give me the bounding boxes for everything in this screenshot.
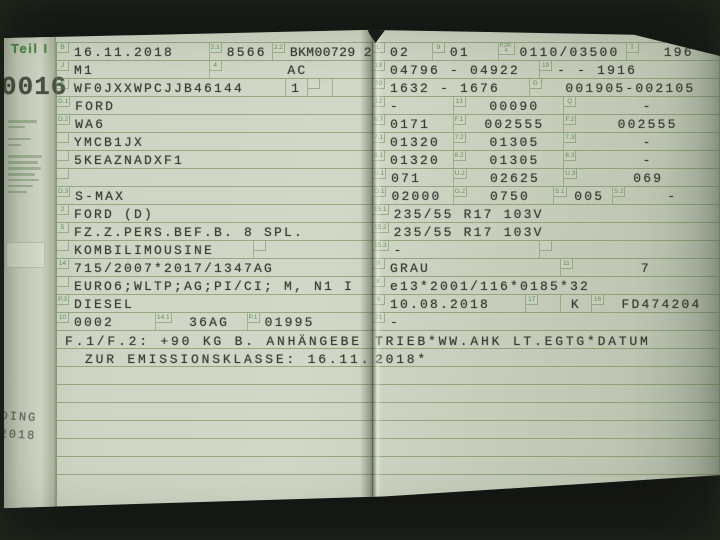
field-row: 21- — [373, 312, 719, 330]
field-code: 8.1 — [373, 151, 385, 161]
field-code: 4 — [210, 61, 222, 71]
field-cell: 14715/2007*2017/1347AG — [57, 259, 373, 276]
field-value: 1 — [286, 79, 307, 96]
field-value — [320, 79, 325, 96]
field-cell: 7.101320 — [373, 133, 453, 150]
blank-stamp-box — [6, 242, 45, 268]
field-cell: 14.136AG — [155, 313, 247, 330]
field-row: 15.1235/55 R17 103V — [373, 204, 719, 222]
field-code: 20 — [373, 79, 385, 89]
field-row: 2FORD (D) — [57, 204, 373, 222]
field-code: O.1 — [373, 187, 386, 197]
field-value: 005 — [567, 187, 612, 204]
field-code: 8.3 — [564, 151, 576, 161]
field-code: U.1 — [373, 169, 386, 179]
field-code: F.1 — [454, 115, 466, 125]
field-value — [333, 79, 338, 96]
field-value: 002555 — [576, 115, 719, 132]
field-cell — [253, 241, 373, 258]
field-code: P.1 — [248, 313, 260, 323]
field-value: 8566 — [222, 43, 267, 60]
field-value: M1 — [69, 61, 94, 78]
note-row: TRIEB*WW.AHK LT.EGTG*DATUM — [373, 330, 719, 348]
field-cell: 8.101320 — [373, 151, 453, 168]
ruled-line — [57, 420, 373, 438]
field-code: S.1 — [554, 187, 567, 197]
field-cell: 5FZ.Z.PERS.BEF.B. 8 SPL. — [57, 223, 373, 240]
field-cell: U.3069 — [563, 169, 719, 186]
field-row: 5FZ.Z.PERS.BEF.B. 8 SPL. — [57, 222, 373, 240]
corner-print-line: DING — [0, 407, 38, 427]
field-value: e13*2001/116*0185*32 — [385, 277, 590, 294]
ruled-line — [373, 402, 719, 420]
field-cell: K — [560, 295, 591, 312]
field-code: 15.2 — [373, 223, 389, 233]
field-cell: RGRAU — [373, 259, 560, 276]
field-value: 04796 - 04922 — [385, 61, 520, 78]
field-code: 7.1 — [373, 133, 385, 143]
field-row — [57, 168, 373, 186]
field-row: L02901P.2/P.40110/03500T196 — [373, 42, 719, 60]
field-value: 235/55 R17 103V — [389, 205, 544, 222]
field-cell: G001905-002105 — [529, 79, 719, 96]
field-cell: 16FD474204 — [591, 295, 719, 312]
field-code: Q — [564, 97, 576, 107]
note-line: 2018* — [373, 349, 428, 366]
left-page: B16.11.20182.185662.2BKM00729 2JM14ACEWF… — [56, 42, 373, 510]
field-value: GRAU — [385, 259, 430, 276]
field-cell: F.1002555 — [453, 115, 564, 132]
field-cell: 15.1235/55 R17 103V — [373, 205, 719, 222]
field-row: RGRAU117 — [373, 258, 719, 276]
field-value: 01320 — [385, 133, 440, 150]
ruled-line — [373, 438, 719, 456]
field-cell: 610.08.2018 — [373, 295, 525, 312]
field-value: FORD — [70, 97, 115, 114]
field-code: 11 — [561, 259, 573, 269]
field-row: EWF0JXXWPCJJB461441 — [57, 78, 373, 96]
field-code: 19 — [540, 61, 552, 71]
field-cell: O.20750 — [453, 187, 553, 204]
field-row: B16.11.20182.185662.2BKM00729 2 — [57, 42, 373, 60]
ruled-line — [57, 384, 373, 402]
field-value: K — [561, 295, 591, 312]
ruled-line — [373, 366, 719, 384]
field-value: EURO6;WLTP;AG;PI/CI; M, N1 I — [69, 277, 354, 294]
field-cell: 7.201305 — [453, 133, 564, 150]
field-code: U.2 — [454, 169, 467, 179]
field-cell: 19- - 1916 — [539, 61, 719, 78]
field-value — [266, 241, 271, 258]
field-code: 7.2 — [454, 133, 466, 143]
field-row: 15.2235/55 R17 103V — [373, 222, 719, 240]
field-code: T — [627, 43, 639, 53]
field-cell: T196 — [626, 43, 719, 60]
field-code: 14 — [57, 259, 69, 269]
field-value: S-MAX — [70, 187, 125, 204]
field-value: 7 — [573, 259, 719, 276]
field-code: 2.1 — [210, 43, 222, 53]
fold-top-notch — [362, 26, 388, 43]
field-row: 1804796 - 0492219- - 1916 — [373, 60, 719, 78]
field-value — [552, 241, 557, 258]
field-cell: 1300090 — [453, 97, 564, 114]
field-row: 5KEAZNADXF1 — [57, 150, 373, 168]
field-cell: YMCB1JX — [57, 133, 373, 150]
note-line: ZUR EMISSIONSKLASSE: 16.11. — [57, 349, 371, 366]
field-cell: 201632 - 1676 — [373, 79, 529, 96]
field-cell — [332, 79, 373, 96]
field-code: V.7 — [373, 115, 385, 125]
field-code — [57, 151, 69, 161]
ruled-line — [57, 402, 373, 420]
ruled-line — [57, 366, 373, 384]
field-row: P.3DIESEL — [57, 294, 373, 312]
field-value: - — [576, 97, 719, 114]
field-value: FD474204 — [604, 295, 719, 312]
field-cell: 4AC — [209, 61, 373, 78]
field-code: 5 — [57, 223, 69, 233]
field-row: D.2WA6 — [57, 114, 373, 132]
field-value: - - 1916 — [552, 61, 637, 78]
field-code: P.3 — [57, 295, 69, 305]
field-value: FORD (D) — [69, 205, 154, 222]
field-code: 8.2 — [454, 151, 466, 161]
ruled-line — [57, 474, 373, 492]
field-cell: 17 — [525, 295, 560, 312]
field-value: 02 — [385, 43, 410, 60]
field-value: 01305 — [466, 151, 564, 168]
field-cell: 8.3- — [563, 151, 719, 168]
field-code: F.2 — [564, 115, 576, 125]
field-value: 36AG — [172, 313, 247, 330]
field-value: 02000 — [386, 187, 441, 204]
field-value: 01 — [445, 43, 470, 60]
field-cell: 1804796 - 04922 — [373, 61, 539, 78]
field-value: 069 — [577, 169, 719, 186]
field-cell: P.2/P.40110/03500 — [498, 43, 626, 60]
field-value: KOMBILIMOUSINE — [69, 241, 214, 258]
field-code: 2.2 — [273, 43, 285, 53]
field-cell: 15.3- — [373, 241, 539, 258]
field-cell: Q- — [563, 97, 719, 114]
illegible-microtext — [8, 120, 50, 197]
corner-print-line: 2018 — [0, 425, 37, 445]
right-page: L02901P.2/P.40110/03500T1961804796 - 049… — [372, 42, 720, 510]
field-value: 0110/03500 — [515, 43, 620, 60]
field-code: S.2 — [613, 187, 626, 197]
field-value: AC — [222, 61, 373, 78]
field-value: WA6 — [70, 115, 105, 132]
field-code: 9 — [433, 43, 445, 53]
field-code: D.3 — [57, 187, 70, 197]
field-code: E — [57, 79, 69, 89]
field-code: P.2/P.4 — [499, 43, 515, 55]
field-row: 14715/2007*2017/1347AG — [57, 258, 373, 276]
note-line: F.1/F.2: +90 KG B. ANHÄNGEBE — [57, 331, 362, 348]
field-cell: U.202625 — [453, 169, 564, 186]
field-code: O.2 — [454, 187, 467, 197]
field-value: 002555 — [466, 115, 564, 132]
field-value: FZ.Z.PERS.BEF.B. 8 SPL. — [69, 223, 304, 240]
field-cell: 8.201305 — [453, 151, 564, 168]
field-cell: S.2- — [612, 187, 719, 204]
field-value: - — [625, 187, 719, 204]
field-code: 7.3 — [564, 133, 576, 143]
field-value: - — [576, 133, 719, 150]
field-value: 0002 — [69, 313, 114, 330]
field-cell: 2FORD (D) — [57, 205, 373, 222]
photo-background: Teil I 0016 DING 2018 B16.11.20182.18566… — [0, 0, 720, 540]
field-value: - — [389, 241, 404, 258]
field-code: 18 — [373, 61, 385, 71]
field-cell — [57, 169, 373, 186]
field-row: O.102000O.20750S.1005S.2- — [373, 186, 719, 204]
field-cell: EWF0JXXWPCJJB46144 — [57, 79, 285, 96]
field-code — [308, 79, 320, 89]
field-code: G — [530, 79, 542, 89]
field-cell: V.70171 — [373, 115, 453, 132]
field-cell: 901 — [432, 43, 498, 60]
field-value: 00090 — [466, 97, 564, 114]
field-cell: L02 — [373, 43, 432, 60]
field-code: 13 — [454, 97, 466, 107]
field-value: 001905-002105 — [542, 79, 719, 96]
field-code: 10 — [57, 313, 69, 323]
field-row: D.1FORD — [57, 96, 373, 114]
field-code: B — [57, 43, 69, 53]
field-code: 12 — [373, 97, 385, 107]
field-row: 201632 - 1676G001905-002105 — [373, 78, 719, 96]
field-value: 235/55 R17 103V — [389, 223, 544, 240]
field-cell: 15.2235/55 R17 103V — [373, 223, 719, 240]
field-cell: P.3DIESEL — [57, 295, 373, 312]
ruled-line — [373, 420, 719, 438]
field-value: 01320 — [385, 151, 440, 168]
field-value: 5KEAZNADXF1 — [69, 151, 184, 168]
field-code — [254, 241, 266, 251]
field-code: 16 — [592, 295, 604, 305]
field-value — [69, 169, 74, 186]
field-value: 071 — [386, 169, 421, 186]
field-code: 14.1 — [156, 313, 172, 323]
field-cell: 1 — [285, 79, 307, 96]
field-value: WF0JXXWPCJJB46144 — [69, 79, 244, 96]
field-code — [57, 277, 69, 287]
field-row: EURO6;WLTP;AG;PI/CI; M, N1 I — [57, 276, 373, 294]
field-value: 0171 — [385, 115, 430, 132]
field-cell: EURO6;WLTP;AG;PI/CI; M, N1 I — [57, 277, 373, 294]
field-value: - — [385, 97, 400, 114]
field-code: 17 — [526, 295, 538, 305]
field-cell: 2.2BKM00729 2 — [272, 43, 373, 60]
field-cell: 12- — [373, 97, 453, 114]
field-code: D.1 — [57, 97, 70, 107]
note-row: ZUR EMISSIONSKLASSE: 16.11. — [57, 348, 373, 366]
field-row: 7.1013207.2013057.3- — [373, 132, 719, 150]
field-value: 01305 — [466, 133, 564, 150]
field-value: 1632 - 1676 — [385, 79, 500, 96]
field-cell: F.2002555 — [563, 115, 719, 132]
field-row: 8.1013208.2013058.3- — [373, 150, 719, 168]
field-code: R — [373, 259, 385, 269]
field-row: YMCB1JX — [57, 132, 373, 150]
field-code: J — [57, 61, 69, 71]
field-value: 0750 — [467, 187, 553, 204]
folded-edge-strip: Teil I 0016 DING 2018 — [4, 26, 56, 510]
field-row: KOMBILIMOUSINE — [57, 240, 373, 258]
field-cell: P.101995 — [247, 313, 373, 330]
field-cell: D.3S-MAX — [57, 187, 373, 204]
field-code: U.3 — [564, 169, 577, 179]
field-code — [57, 169, 69, 179]
field-code: 21 — [373, 313, 385, 323]
field-cell: 5KEAZNADXF1 — [57, 151, 373, 168]
ruled-line — [373, 384, 719, 402]
field-value — [538, 295, 543, 312]
field-value: YMCB1JX — [69, 133, 144, 150]
field-code: 2 — [57, 205, 69, 215]
field-row: 10000214.136AGP.101995 — [57, 312, 373, 330]
ruled-line — [57, 438, 373, 456]
field-value: 10.08.2018 — [385, 295, 490, 312]
field-cell: Ke13*2001/116*0185*32 — [373, 277, 719, 294]
field-row: Ke13*2001/116*0185*32 — [373, 276, 719, 294]
field-value: BKM00729 2 — [285, 43, 372, 60]
ruled-line — [373, 456, 719, 474]
field-cell: KOMBILIMOUSINE — [57, 241, 253, 258]
registration-document: Teil I 0016 DING 2018 B16.11.20182.18566… — [4, 26, 720, 510]
field-row: V.70171F.1002555F.2002555 — [373, 114, 719, 132]
field-cell: B16.11.2018 — [57, 43, 209, 60]
field-cell: 7.3- — [563, 133, 719, 150]
note-row: 2018* — [373, 348, 719, 366]
field-value: 01995 — [260, 313, 315, 330]
field-value: - — [385, 313, 400, 330]
field-cell — [539, 241, 719, 258]
field-row: JM14AC — [57, 60, 373, 78]
corner-print: DING 2018 — [0, 407, 38, 445]
field-cell: 100002 — [57, 313, 155, 330]
field-value: 16.11.2018 — [69, 43, 174, 60]
note-line: TRIEB*WW.AHK LT.EGTG*DATUM — [373, 331, 651, 348]
ruled-line — [373, 474, 719, 492]
field-cell: D.2WA6 — [57, 115, 373, 132]
field-code: D.2 — [57, 115, 70, 125]
ruled-line — [57, 456, 373, 474]
field-code: L — [373, 43, 385, 53]
field-code — [57, 133, 69, 143]
field-cell: U.1071 — [373, 169, 453, 186]
field-cell: S.1005 — [553, 187, 612, 204]
field-row: 15.3- — [373, 240, 719, 258]
field-code: 15.1 — [373, 205, 389, 215]
field-row: U.1071U.202625U.3069 — [373, 168, 719, 186]
field-value: 02625 — [467, 169, 564, 186]
field-cell: 117 — [560, 259, 719, 276]
field-value: 715/2007*2017/1347AG — [69, 259, 274, 276]
field-cell: O.102000 — [373, 187, 453, 204]
field-row: D.3S-MAX — [57, 186, 373, 204]
field-row: 610.08.201817K16FD474204 — [373, 294, 719, 312]
field-cell — [307, 79, 332, 96]
field-code: 15.3 — [373, 241, 389, 251]
field-code: 6 — [373, 295, 385, 305]
field-cell: 2.18566 — [209, 43, 272, 60]
field-row: 12-1300090Q- — [373, 96, 719, 114]
field-code — [57, 241, 69, 251]
field-cell: JM1 — [57, 61, 209, 78]
field-code: K — [373, 277, 385, 287]
field-value: DIESEL — [69, 295, 134, 312]
teil-i-label: Teil I — [11, 41, 49, 56]
field-value: 196 — [639, 43, 719, 60]
note-row: F.1/F.2: +90 KG B. ANHÄNGEBE — [57, 330, 373, 348]
field-code — [540, 241, 552, 251]
field-cell: D.1FORD — [57, 97, 373, 114]
field-value: - — [576, 151, 719, 168]
field-cell: 21- — [373, 313, 719, 330]
